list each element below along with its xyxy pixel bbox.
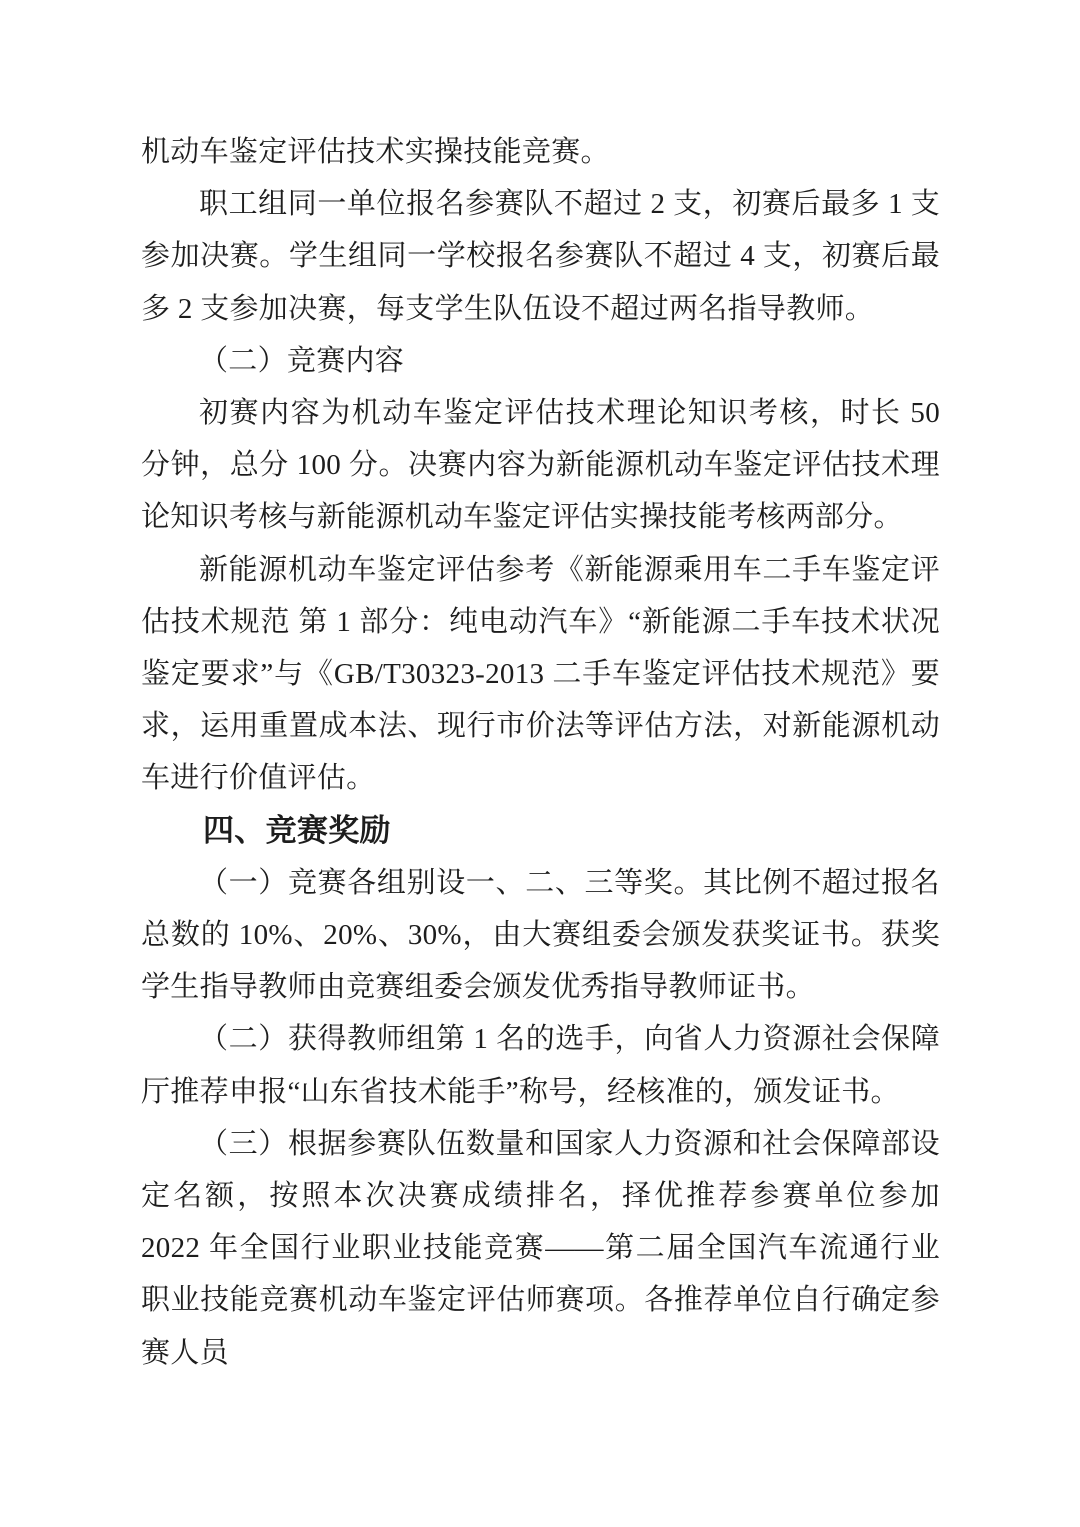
paragraph: （三）根据参赛队伍数量和国家人力资源和社会保障部设定名额，按照本次决赛成绩排名，…: [141, 1118, 940, 1379]
paragraph: 初赛内容为机动车鉴定评估技术理论知识考核，时长 50 分钟，总分 100 分。决…: [141, 387, 940, 544]
paragraph-continued: 机动车鉴定评估技术实操技能竞赛。: [141, 126, 940, 178]
section-subheading: （二）竞赛内容: [141, 335, 940, 387]
paragraph: 职工组同一单位报名参赛队不超过 2 支，初赛后最多 1 支参加决赛。学生组同一学…: [141, 178, 940, 335]
paragraph: 新能源机动车鉴定评估参考《新能源乘用车二手车鉴定评估技术规范 第 1 部分：纯电…: [141, 544, 940, 805]
section-heading: 四、竞赛奖励: [141, 805, 940, 857]
document-body: 机动车鉴定评估技术实操技能竞赛。 职工组同一单位报名参赛队不超过 2 支，初赛后…: [141, 126, 940, 1379]
paragraph: （一）竞赛各组别设一、二、三等奖。其比例不超过报名总数的 10%、20%、30%…: [141, 857, 940, 1014]
paragraph: （二）获得教师组第 1 名的选手，向省人力资源社会保障厅推荐申报“山东省技术能手…: [141, 1013, 940, 1117]
document-page: 机动车鉴定评估技术实操技能竞赛。 职工组同一单位报名参赛队不超过 2 支，初赛后…: [0, 0, 1080, 1527]
